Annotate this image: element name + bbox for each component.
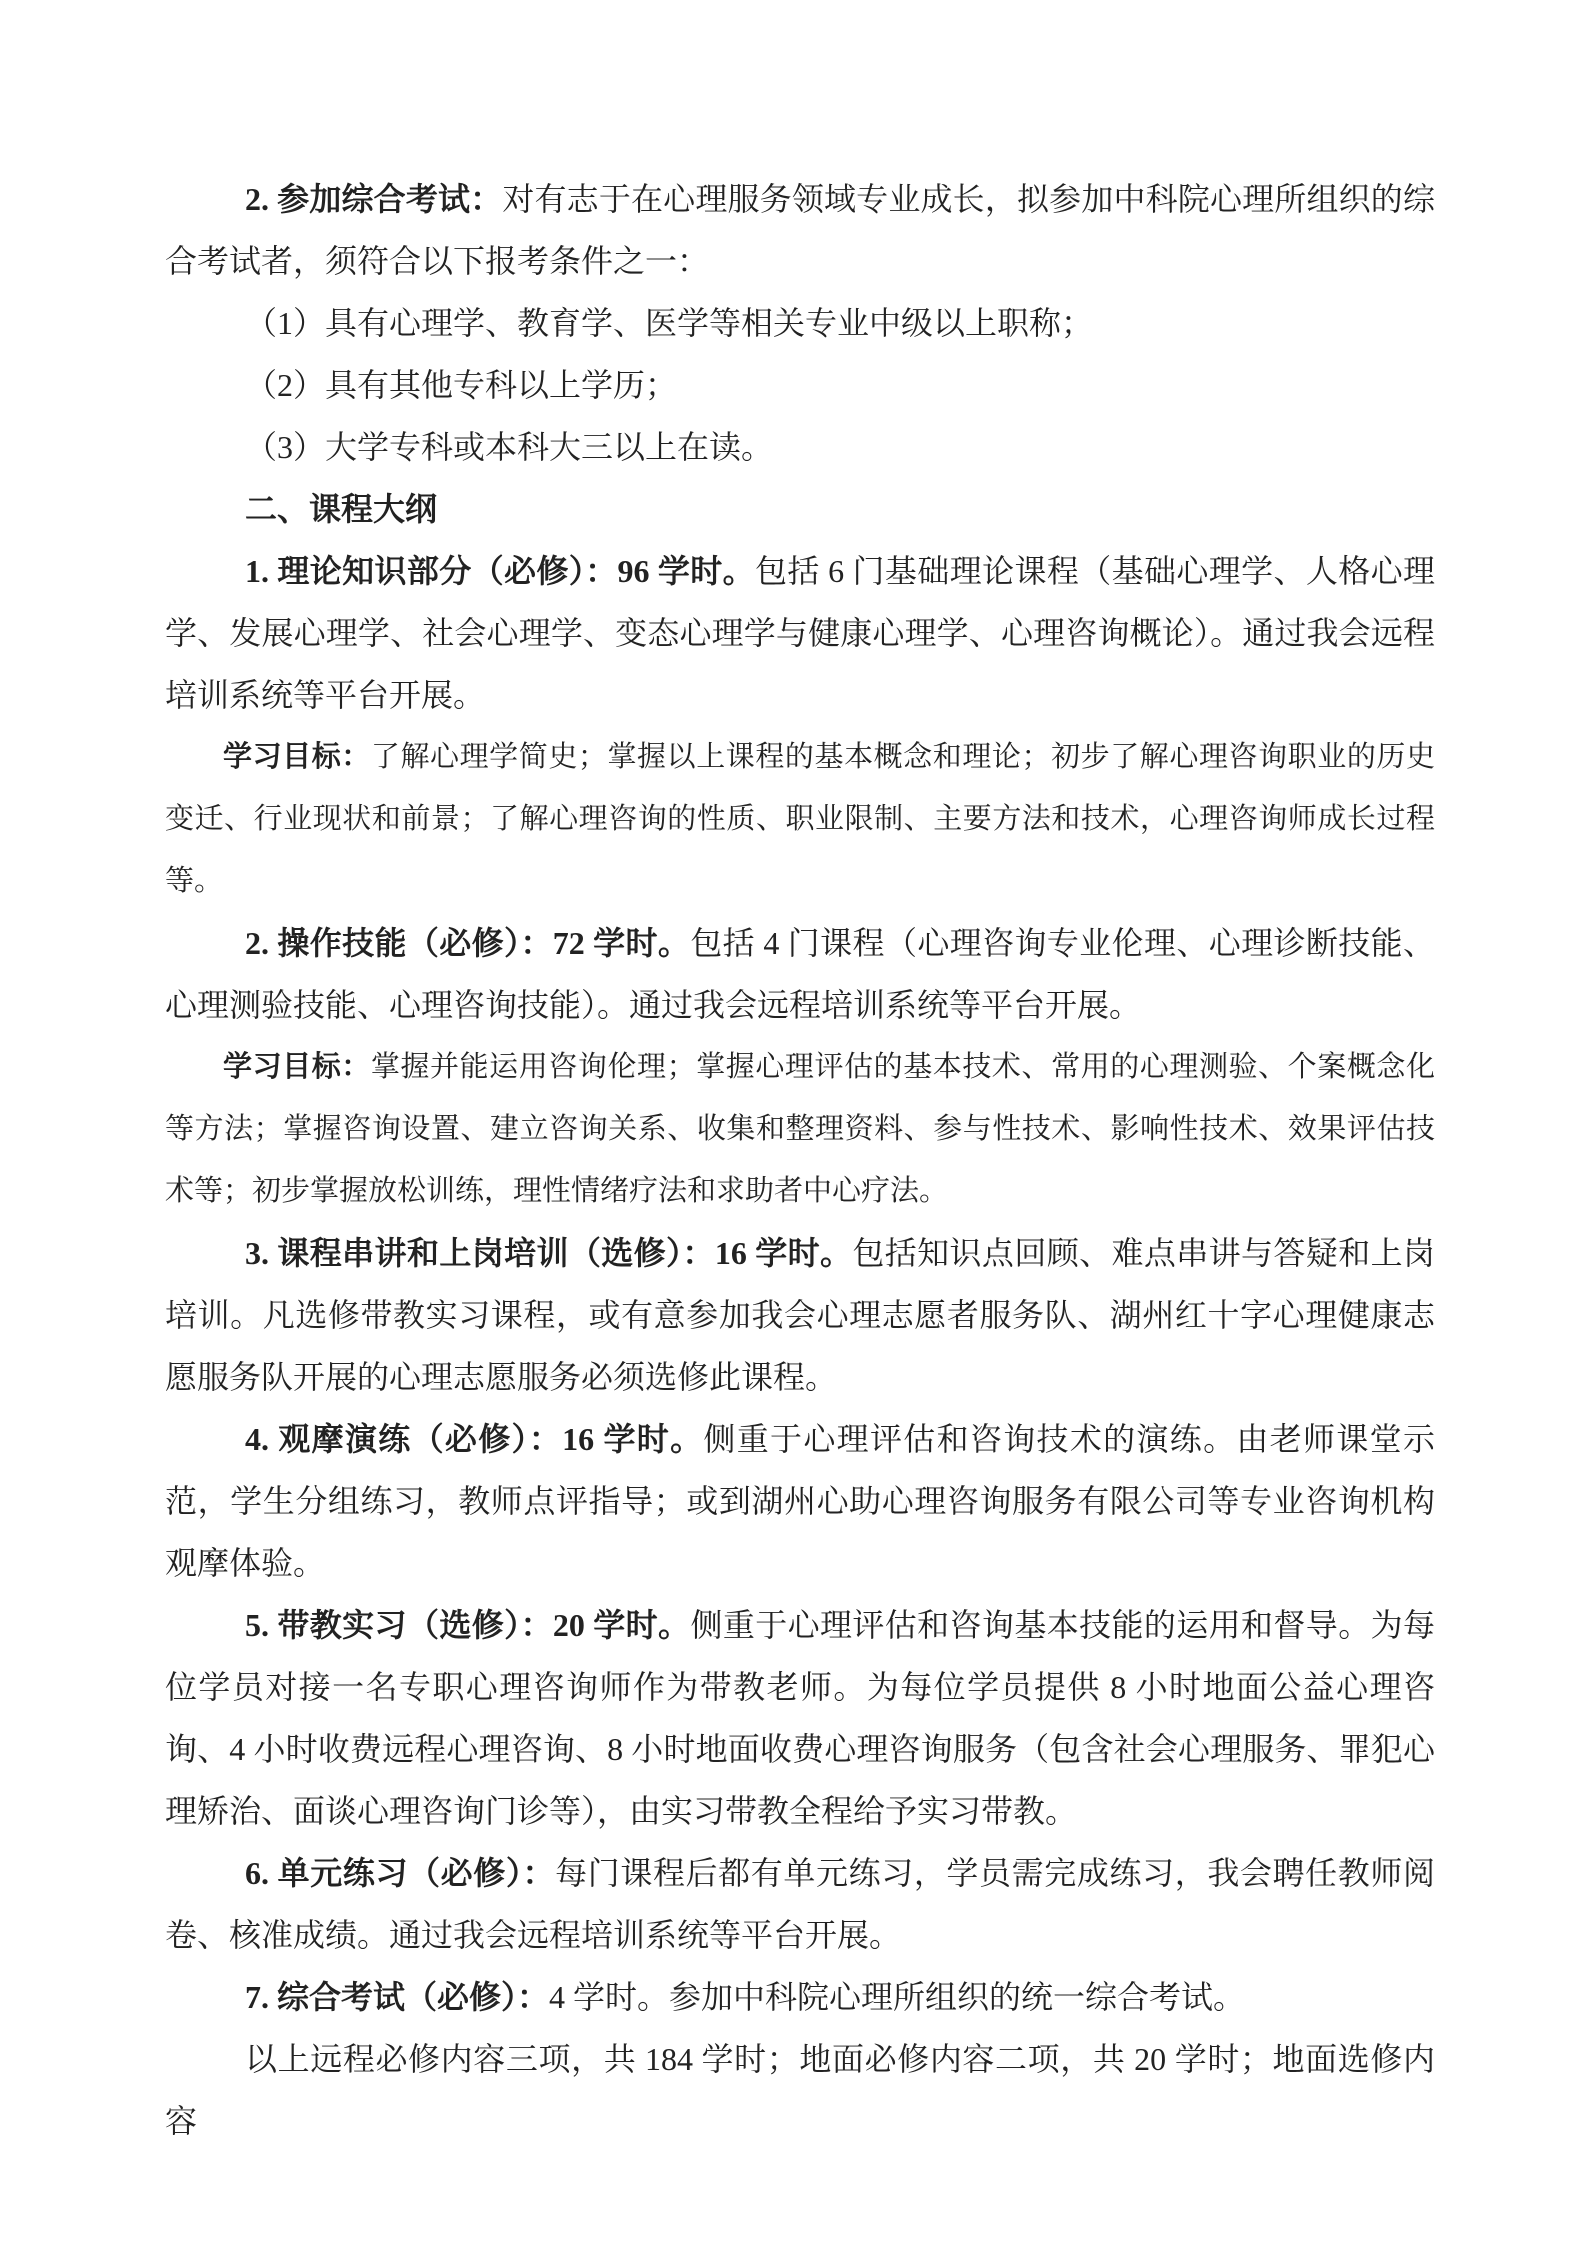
document-page: 2. 参加综合考试：对有志于在心理服务领域专业成长，拟参加中科院心理所组织的综合… xyxy=(0,0,1587,2245)
bold-text-run: 4. 观摩演练（必修）：16 学时。 xyxy=(245,1421,703,1457)
bold-text-run: 2. 操作技能（必修）：72 学时。 xyxy=(245,925,690,961)
paragraph: 学习目标：掌握并能运用咨询伦理；掌握心理评估的基本技术、常用的心理测验、个案概念… xyxy=(165,1036,1435,1222)
bold-text-run: 学习目标： xyxy=(223,1051,371,1083)
paragraph: 2. 参加综合考试：对有志于在心理服务领域专业成长，拟参加中科院心理所组织的综合… xyxy=(165,168,1435,292)
paragraph: （2）具有其他专科以上学历； xyxy=(165,354,1435,416)
bold-text-run: 7. 综合考试（必修）： xyxy=(245,1979,549,2015)
paragraph: 7. 综合考试（必修）：4 学时。参加中科院心理所组织的统一综合考试。 xyxy=(165,1966,1435,2028)
paragraph: 3. 课程串讲和上岗培训（选修）：16 学时。包括知识点回顾、难点串讲与答疑和上… xyxy=(165,1222,1435,1408)
paragraph: 6. 单元练习（必修）：每门课程后都有单元练习，学员需完成练习，我会聘任教师阅卷… xyxy=(165,1842,1435,1966)
paragraph: 1. 理论知识部分（必修）：96 学时。包括 6 门基础理论课程（基础心理学、人… xyxy=(165,540,1435,726)
paragraph: （3）大学专科或本科大三以上在读。 xyxy=(165,416,1435,478)
paragraph: （1）具有心理学、教育学、医学等相关专业中级以上职称； xyxy=(165,292,1435,354)
text-run: （2）具有其他专科以上学历； xyxy=(245,367,677,403)
text-run: （3）大学专科或本科大三以上在读。 xyxy=(245,429,773,465)
text-run: 4 学时。参加中科院心理所组织的统一综合考试。 xyxy=(549,1979,1245,2015)
paragraph: 学习目标：了解心理学简史；掌握以上课程的基本概念和理论；初步了解心理咨询职业的历… xyxy=(165,726,1435,912)
text-run: （1）具有心理学、教育学、医学等相关专业中级以上职称； xyxy=(245,305,1093,341)
bold-text-run: 5. 带教实习（选修）：20 学时。 xyxy=(245,1607,690,1643)
bold-text-run: 3. 课程串讲和上岗培训（选修）：16 学时。 xyxy=(245,1235,852,1271)
paragraph: 以上远程必修内容三项，共 184 学时；地面必修内容二项，共 20 学时；地面选… xyxy=(165,2028,1435,2152)
text-run: 以上远程必修内容三项，共 184 学时；地面必修内容二项，共 20 学时；地面选… xyxy=(165,2041,1435,2139)
paragraph: 2. 操作技能（必修）：72 学时。包括 4 门课程（心理咨询专业伦理、心理诊断… xyxy=(165,912,1435,1036)
bold-text-run: 6. 单元练习（必修）： xyxy=(245,1855,555,1891)
paragraph: 4. 观摩演练（必修）：16 学时。侧重于心理评估和咨询技术的演练。由老师课堂示… xyxy=(165,1408,1435,1594)
paragraph: 5. 带教实习（选修）：20 学时。侧重于心理评估和咨询基本技能的运用和督导。为… xyxy=(165,1594,1435,1842)
bold-text-run: 学习目标： xyxy=(223,741,371,773)
bold-text-run: 1. 理论知识部分（必修）：96 学时。 xyxy=(245,553,755,589)
paragraph: 二、课程大纲 xyxy=(165,478,1435,540)
bold-text-run: 二、课程大纲 xyxy=(245,491,437,527)
bold-text-run: 2. 参加综合考试： xyxy=(245,181,502,217)
